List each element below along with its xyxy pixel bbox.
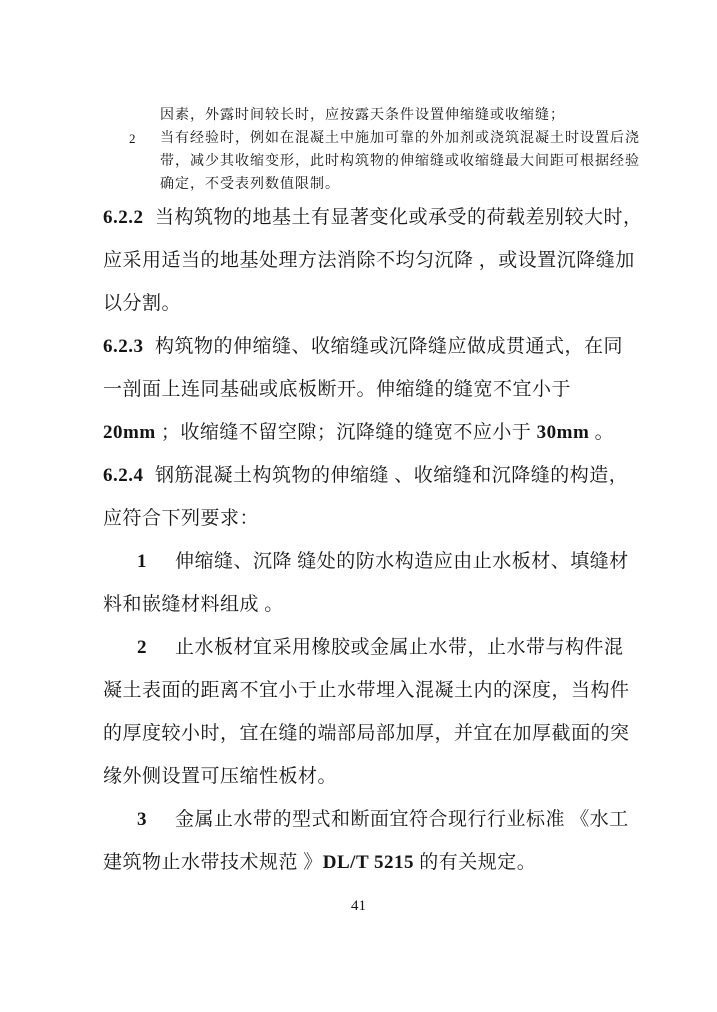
body-line: 建筑物止水带技术规范 》DL/T 5215 的有关规定。 bbox=[103, 841, 651, 884]
body-line: 应采用适当的地基处理方法消除不均匀沉降 ，或设置沉降缝加 bbox=[103, 239, 651, 282]
body-text: ；收缩缝不留空隙；沉降缝的缝宽不应小于 bbox=[156, 422, 537, 443]
standard-code: DL/T 5215 bbox=[323, 852, 414, 873]
body-line: 的厚度较小时，宜在缝的端部局部加厚，并宜在加厚截面的突 bbox=[103, 712, 651, 755]
body-line: 料和嵌缝材料组成 。 bbox=[103, 583, 651, 626]
list-item-1-first-line: 1伸缩缝、沉降 缝处的防水构造应由止水板材、填缝材 bbox=[103, 540, 651, 583]
notes-block: 因素，外露时间较长时，应按露天条件设置伸缩缝或收缩缝； 2 当有经验时，例如在混… bbox=[160, 104, 640, 196]
body-line: 应符合下列要求： bbox=[103, 497, 651, 540]
body-line: 以分割。 bbox=[103, 282, 651, 325]
list-item-2-first-line: 2止水板材宜采用橡胶或金属止水带，止水带与构件混 bbox=[103, 626, 651, 669]
note-item-2: 2 当有经验时，例如在混凝土中施加可靠的外加剂或浇筑混凝土时设置后浇 带，减少其… bbox=[160, 127, 640, 196]
section-text: 构筑物的伸缩缝、收缩缝或沉降缝应做成贯通式，在同 bbox=[155, 336, 623, 357]
body-line: 凝土表面的距离不宜小于止水带埋入混凝土内的深度，当构件 bbox=[103, 669, 651, 712]
section-text: 当构筑物的地基土有显著变化或承受的荷载差别较大时， bbox=[155, 207, 643, 228]
section-number: 6.2.4 bbox=[103, 454, 155, 497]
section-number: 6.2.3 bbox=[103, 325, 155, 368]
section-6-2-2-heading-line: 6.2.2当构筑物的地基土有显著变化或承受的荷载差别较大时， bbox=[103, 196, 651, 239]
body-text: 。 bbox=[589, 422, 614, 443]
item-text: 止水板材宜采用橡胶或金属止水带，止水带与构件混 bbox=[175, 637, 624, 658]
note-line: 带，减少其收缩变形，此时构筑物的伸缩缝或收缩缝最大间距可根据经验 bbox=[160, 150, 640, 173]
item-text: 伸缩缝、沉降 缝处的防水构造应由止水板材、填缝材 bbox=[175, 551, 629, 572]
body-line: 一剖面上连同基础或底板断开。伸缩缝的缝宽不宜小于 bbox=[103, 368, 651, 411]
item-number: 2 bbox=[137, 626, 175, 669]
note-continuation-line: 因素，外露时间较长时，应按露天条件设置伸缩缝或收缩缝； bbox=[160, 104, 640, 127]
section-number: 6.2.2 bbox=[103, 196, 155, 239]
page-number: 41 bbox=[0, 898, 717, 915]
item-number: 1 bbox=[137, 540, 175, 583]
note-line: 确定，不受表列数值限制。 bbox=[160, 173, 640, 196]
scanned-document-page: 因素，外露时间较长时，应按露天条件设置伸缩缝或收缩缝； 2 当有经验时，例如在混… bbox=[0, 0, 717, 1012]
note-line: 当有经验时，例如在混凝土中施加可靠的外加剂或浇筑混凝土时设置后浇 bbox=[160, 127, 640, 150]
body-line: 缘外侧设置可压缩性板材。 bbox=[103, 755, 651, 798]
body-text: 建筑物止水带技术规范 》 bbox=[103, 852, 323, 873]
note-item-number: 2 bbox=[129, 127, 153, 150]
section-text: 钢筋混凝土构筑物的伸缩缝 、收缩缝和沉降缝的构造， bbox=[155, 465, 628, 486]
dimension-value: 30mm bbox=[537, 422, 590, 443]
section-6-2-3-heading-line: 6.2.3构筑物的伸缩缝、收缩缝或沉降缝应做成贯通式，在同 bbox=[103, 325, 651, 368]
dimension-value: 20mm bbox=[103, 422, 156, 443]
item-number: 3 bbox=[137, 798, 175, 841]
list-item-3-first-line: 3金属止水带的型式和断面宜符合现行行业标准 《水工 bbox=[103, 798, 651, 841]
body-text: 的有关规定。 bbox=[414, 852, 536, 873]
document-body: 6.2.2当构筑物的地基土有显著变化或承受的荷载差别较大时， 应采用适当的地基处… bbox=[103, 196, 651, 884]
section-6-2-4-heading-line: 6.2.4钢筋混凝土构筑物的伸缩缝 、收缩缝和沉降缝的构造， bbox=[103, 454, 651, 497]
item-text: 金属止水带的型式和断面宜符合现行行业标准 《水工 bbox=[175, 809, 629, 830]
body-line: 20mm ；收缩缝不留空隙；沉降缝的缝宽不应小于 30mm 。 bbox=[103, 411, 651, 454]
